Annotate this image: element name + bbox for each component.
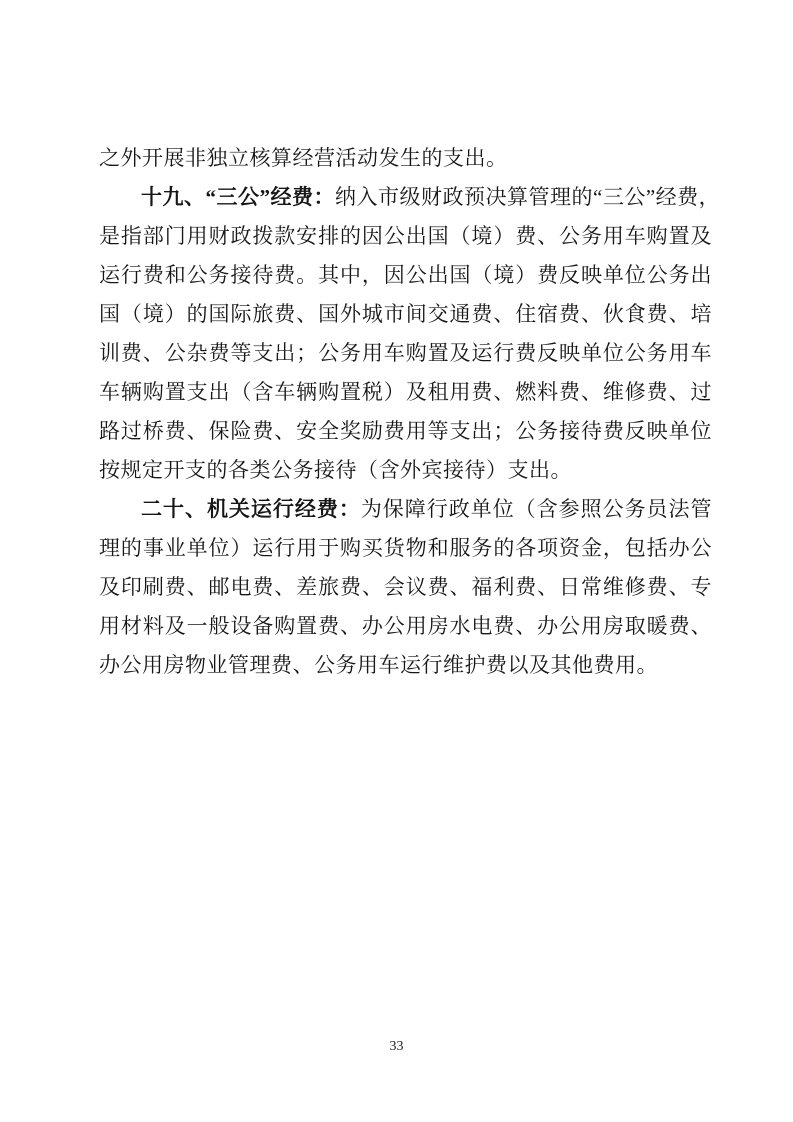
line-text: 用材料及一般设备购置费、办公用房水电费、办公用房取暖费、	[99, 614, 712, 638]
line-text: 路过桥费、保险费、安全奖励费用等支出；公务接待费反映单位	[99, 419, 712, 443]
paragraph-line: 用材料及一般设备购置费、办公用房水电费、办公用房取暖费、	[99, 607, 712, 646]
paragraph-line: 车辆购置支出（含车辆购置税）及租用费、燃料费、维修费、过	[99, 373, 712, 412]
paragraph-line: 理的事业单位）运行用于购买货物和服务的各项资金，包括办公	[99, 529, 712, 568]
paragraph-line: 训费、公杂费等支出；公务用车购置及运行费反映单位公务用车	[99, 334, 712, 373]
paragraph-line: 国（境）的国际旅费、国外城市间交通费、住宿费、伙食费、培	[99, 295, 712, 334]
line-text: 国（境）的国际旅费、国外城市间交通费、住宿费、伙食费、培	[99, 302, 712, 326]
line-text: 车辆购置支出（含车辆购置税）及租用费、燃料费、维修费、过	[99, 380, 712, 404]
line-text: 之外开展非独立核算经营活动发生的支出。	[99, 146, 508, 170]
paragraph-line: 办公用房物业管理费、公务用车运行维护费以及其他费用。	[99, 646, 712, 685]
paragraph-line: 二十、机关运行经费：为保障行政单位（含参照公务员法管	[99, 490, 712, 529]
line-text: 及印刷费、邮电费、差旅费、会议费、福利费、日常维修费、专	[99, 575, 712, 599]
line-text: 纳入市级财政预决算管理的“三公”经费，	[335, 185, 720, 209]
paragraph-line: 路过桥费、保险费、安全奖励费用等支出；公务接待费反映单位	[99, 412, 712, 451]
term-label: 十九、“三公”经费：	[141, 185, 335, 209]
line-text: 按规定开支的各类公务接待（含外宾接待）支出。	[99, 458, 572, 482]
line-text: 是指部门用财政拨款安排的因公出国（境）费、公务用车购置及	[99, 224, 712, 248]
page-number: 33	[0, 1038, 793, 1056]
paragraph-line: 运行费和公务接待费。其中，因公出国（境）费反映单位公务出	[99, 256, 712, 295]
paragraph-line: 是指部门用财政拨款安排的因公出国（境）费、公务用车购置及	[99, 217, 712, 256]
paragraph-line: 按规定开支的各类公务接待（含外宾接待）支出。	[99, 451, 712, 490]
line-text: 运行费和公务接待费。其中，因公出国（境）费反映单位公务出	[99, 263, 712, 287]
line-text: 理的事业单位）运行用于购买货物和服务的各项资金，包括办公	[99, 536, 712, 560]
paragraph-line: 十九、“三公”经费：纳入市级财政预决算管理的“三公”经费，	[99, 178, 712, 217]
paragraph-line: 之外开展非独立核算经营活动发生的支出。	[99, 139, 712, 178]
term-label: 二十、机关运行经费：	[141, 497, 361, 521]
line-text: 办公用房物业管理费、公务用车运行维护费以及其他费用。	[99, 653, 658, 677]
text-content: 之外开展非独立核算经营活动发生的支出。 十九、“三公”经费：纳入市级财政预决算管…	[99, 139, 712, 685]
line-text: 训费、公杂费等支出；公务用车购置及运行费反映单位公务用车	[99, 341, 712, 365]
document-page: 之外开展非独立核算经营活动发生的支出。 十九、“三公”经费：纳入市级财政预决算管…	[0, 0, 793, 1122]
paragraph-line: 及印刷费、邮电费、差旅费、会议费、福利费、日常维修费、专	[99, 568, 712, 607]
line-text: 为保障行政单位（含参照公务员法管	[361, 497, 712, 521]
